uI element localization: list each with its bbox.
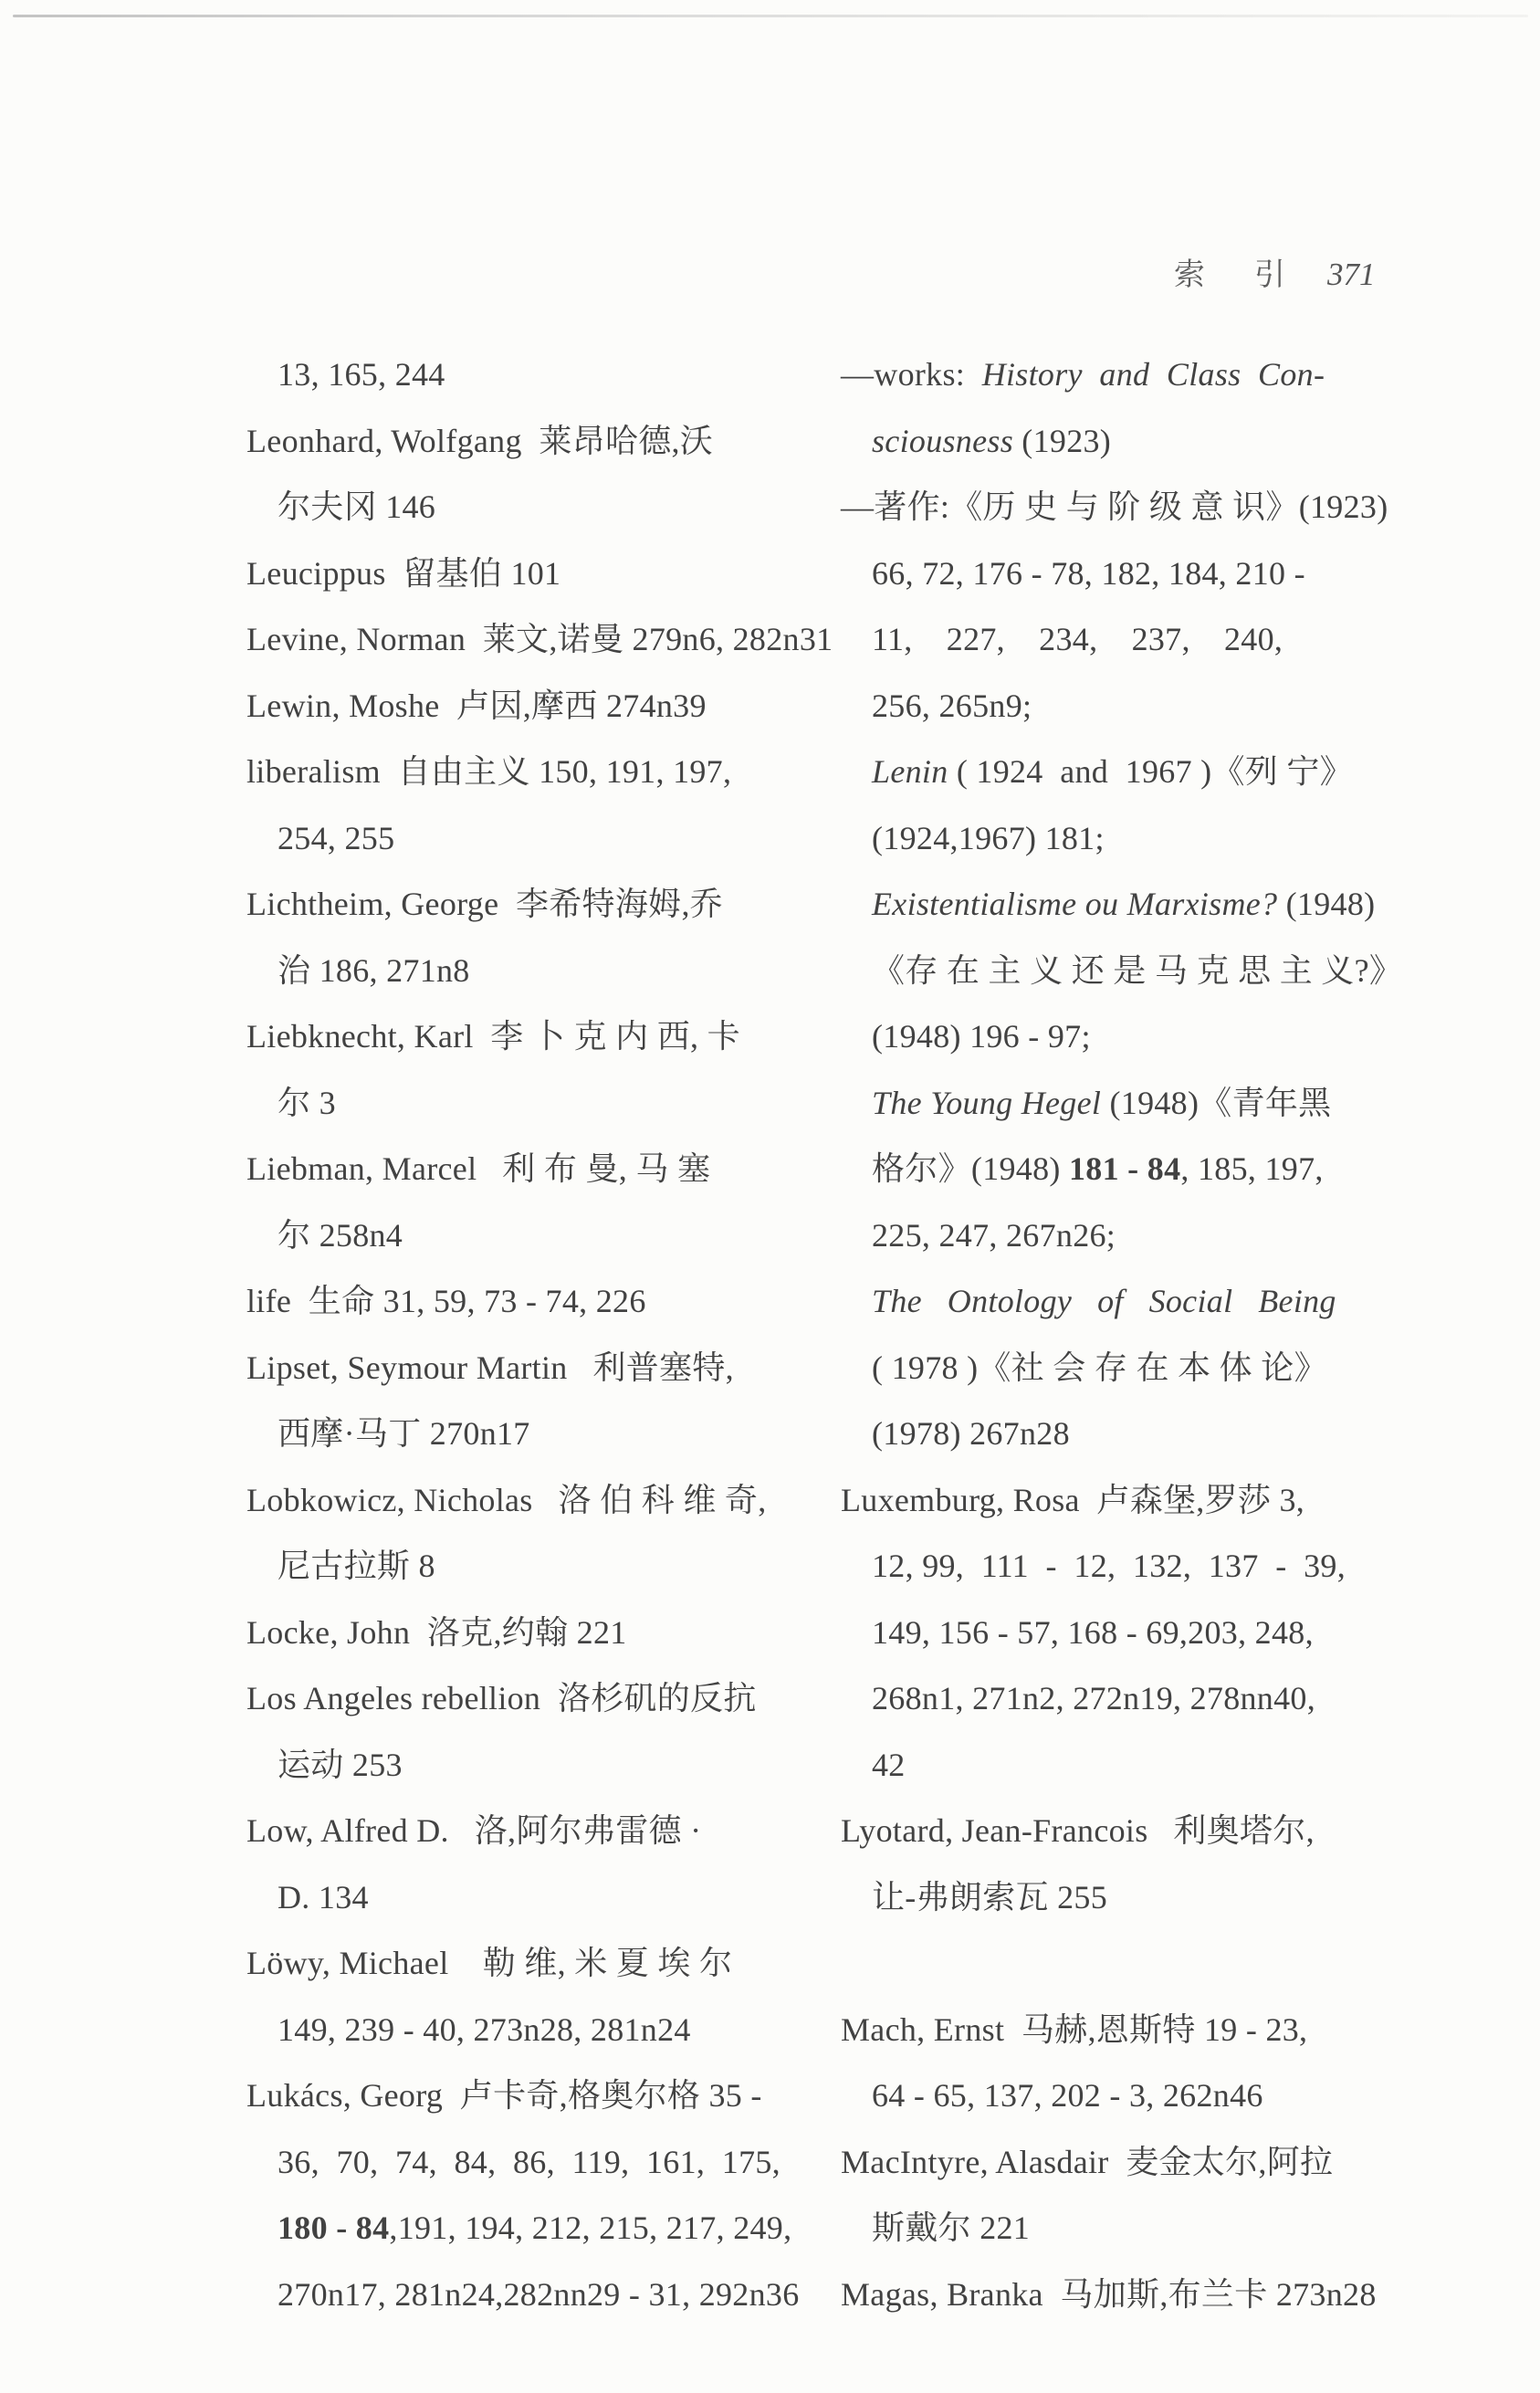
text-segment: 格尔》(1948) (872, 1150, 1069, 1187)
text-segment: Liebknecht, Karl 李 卜 克 内 西, 卡 (246, 1018, 740, 1055)
text-segment: The Ontology of Social Being (872, 1283, 1336, 1319)
index-line: Mach, Ernst 马赫,恩斯特 19 - 23, (841, 1997, 1443, 2063)
text-segment: Low, Alfred D. 洛,阿尔弗雷德 · (246, 1812, 701, 1849)
index-line: 268n1, 271n2, 272n19, 278nn40, (841, 1665, 1443, 1732)
text-segment: Lipset, Seymour Martin 利普塞特, (246, 1349, 734, 1386)
text-segment: 66, 72, 176 - 78, 182, 184, 210 - (872, 555, 1305, 592)
text-segment: 尼古拉斯 8 (278, 1548, 435, 1584)
text-segment: The Young Hegel (872, 1085, 1101, 1121)
index-column-left: 13, 165, 244Leonhard, Wolfgang 莱昂哈德,沃尔夫冈… (246, 341, 835, 2327)
text-segment: Löwy, Michael 勒 维, 米 夏 埃 尔 (246, 1945, 732, 1981)
index-line: Locke, John 洛克,约翰 221 (246, 1600, 835, 1666)
text-segment: Leucippus 留基伯 101 (246, 555, 560, 592)
index-line: 尼古拉斯 8 (246, 1533, 835, 1600)
index-column-right: —works: History and Class Con-sciousness… (841, 341, 1443, 2327)
page-header: 索引371 (1143, 206, 1376, 344)
index-line: 11, 227, 234, 237, 240, (841, 606, 1443, 673)
text-segment: Lenin (872, 753, 948, 790)
index-line: Leonhard, Wolfgang 莱昂哈德,沃 (246, 408, 835, 475)
text-segment: —著作:《历 史 与 阶 级 意 识》(1923) (841, 488, 1388, 525)
book-page: 索引371 13, 165, 244Leonhard, Wolfgang 莱昂哈… (0, 0, 1540, 2393)
page-number: 371 (1327, 257, 1376, 292)
index-line: 254, 255 (246, 805, 835, 872)
index-line: 256, 265n9; (841, 673, 1443, 740)
index-line: —works: History and Class Con- (841, 341, 1443, 408)
text-segment: Magas, Branka 马加斯,布兰卡 273n28 (841, 2276, 1377, 2313)
text-segment: Locke, John 洛克,约翰 221 (246, 1614, 627, 1651)
text-segment: 149, 239 - 40, 273n28, 281n24 (278, 2011, 691, 2048)
text-segment: 181 - 84 (1069, 1150, 1180, 1187)
text-segment: Lichtheim, George 李希特海姆,乔 (246, 886, 723, 922)
index-line: 西摩·马丁 270n17 (246, 1401, 835, 1467)
index-line: 36, 70, 74, 84, 86, 119, 161, 175, (246, 2129, 835, 2196)
text-segment: 斯戴尔 221 (872, 2209, 1030, 2246)
text-segment: 270n17, 281n24,282nn29 - 31, 292n36 (278, 2276, 800, 2313)
text-segment: (1948)《青年黑 (1101, 1085, 1331, 1121)
index-line: (1924,1967) 181; (841, 805, 1443, 872)
text-segment: Lewin, Moshe 卢因,摩西 274n39 (246, 687, 707, 724)
index-line: liberalism 自由主义 150, 191, 197, (246, 739, 835, 805)
index-line: Lyotard, Jean-Francois 利奥塔尔, (841, 1798, 1443, 1864)
section-title-char: 索 (1174, 258, 1205, 292)
index-line: 180 - 84,191, 194, 212, 215, 217, 249, (246, 2195, 835, 2262)
index-line: 225, 247, 267n26; (841, 1202, 1443, 1269)
index-line: Magas, Branka 马加斯,布兰卡 273n28 (841, 2262, 1443, 2328)
index-line: —著作:《历 史 与 阶 级 意 识》(1923) (841, 474, 1443, 541)
index-line: Lipset, Seymour Martin 利普塞特, (246, 1335, 835, 1401)
text-segment: 让-弗朗索瓦 255 (872, 1879, 1107, 1915)
index-line: D. 134 (246, 1864, 835, 1931)
index-line: Levine, Norman 莱文,诺曼 279n6, 282n31 (246, 606, 835, 673)
text-segment: 尔夫冈 146 (278, 488, 435, 525)
index-line: 治 186, 271n8 (246, 938, 835, 1004)
index-line: 149, 156 - 57, 168 - 69,203, 248, (841, 1600, 1443, 1666)
text-segment: 运动 253 (278, 1747, 403, 1783)
index-line: 149, 239 - 40, 273n28, 281n24 (246, 1997, 835, 2063)
index-line (841, 1930, 1443, 1997)
text-segment: 149, 156 - 57, 168 - 69,203, 248, (872, 1614, 1314, 1651)
text-segment: liberalism 自由主义 150, 191, 197, (246, 753, 731, 790)
text-segment: Lyotard, Jean-Francois 利奥塔尔, (841, 1812, 1315, 1849)
text-segment: History and Class Con- (982, 356, 1325, 393)
index-line: 格尔》(1948) 181 - 84, 185, 197, (841, 1136, 1443, 1202)
index-line: life 生命 31, 59, 73 - 74, 226 (246, 1268, 835, 1335)
text-segment: 254, 255 (278, 820, 394, 856)
index-line: Liebman, Marcel 利 布 曼, 马 塞 (246, 1136, 835, 1202)
index-line: 13, 165, 244 (246, 341, 835, 408)
index-line: 64 - 65, 137, 202 - 3, 262n46 (841, 2062, 1443, 2129)
index-line: Lewin, Moshe 卢因,摩西 274n39 (246, 673, 835, 740)
text-segment: Liebman, Marcel 利 布 曼, 马 塞 (246, 1150, 710, 1187)
text-segment: Existentialisme ou Marxisme? (872, 886, 1277, 922)
index-line: 12, 99, 111 - 12, 132, 137 - 39, (841, 1533, 1443, 1600)
index-line: Existentialisme ou Marxisme? (1948) (841, 871, 1443, 938)
index-line: 尔 258n4 (246, 1202, 835, 1269)
text-segment: 256, 265n9; (872, 687, 1032, 724)
text-segment: 268n1, 271n2, 272n19, 278nn40, (872, 1680, 1315, 1716)
text-segment: 尔 3 (278, 1085, 336, 1121)
index-line: Leucippus 留基伯 101 (246, 541, 835, 607)
index-line: 尔夫冈 146 (246, 474, 835, 541)
index-line: (1978) 267n28 (841, 1401, 1443, 1467)
text-segment: Mach, Ernst 马赫,恩斯特 19 - 23, (841, 2011, 1307, 2048)
text-segment: life 生命 31, 59, 73 - 74, 226 (246, 1283, 646, 1319)
text-segment: 《存 在 主 义 还 是 马 克 思 主 义?》 (872, 952, 1402, 989)
text-segment: Los Angeles rebellion 洛杉矶的反抗 (246, 1680, 757, 1716)
text-segment: Luxemburg, Rosa 卢森堡,罗莎 3, (841, 1482, 1304, 1518)
index-line: sciousness (1923) (841, 408, 1443, 475)
text-segment: D. 134 (278, 1879, 369, 1915)
text-segment: 36, 70, 74, 84, 86, 119, 161, 175, (278, 2144, 780, 2180)
index-line: 尔 3 (246, 1070, 835, 1137)
text-segment: (1948) (1277, 886, 1375, 922)
index-line: Lukács, Georg 卢卡奇,格奥尔格 35 - (246, 2062, 835, 2129)
text-segment: 治 186, 271n8 (278, 952, 470, 989)
index-line: Los Angeles rebellion 洛杉矶的反抗 (246, 1665, 835, 1732)
text-segment: , 185, 197, (1180, 1150, 1323, 1187)
text-segment: ( 1924 and 1967 )《列 宁》 (948, 753, 1353, 790)
scan-edge-line (13, 15, 1528, 17)
text-segment: 225, 247, 267n26; (872, 1217, 1116, 1254)
index-line: ( 1978 )《社 会 存 在 本 体 论》 (841, 1335, 1443, 1401)
text-segment: Leonhard, Wolfgang 莱昂哈德,沃 (246, 423, 713, 459)
index-line: Liebknecht, Karl 李 卜 克 内 西, 卡 (246, 1003, 835, 1070)
text-segment: Lobkowicz, Nicholas 洛 伯 科 维 奇, (246, 1482, 767, 1518)
text-segment: 42 (872, 1747, 906, 1783)
index-line: Low, Alfred D. 洛,阿尔弗雷德 · (246, 1798, 835, 1864)
text-segment: 64 - 65, 137, 202 - 3, 262n46 (872, 2077, 1263, 2114)
text-segment: (1978) 267n28 (872, 1415, 1070, 1452)
index-line: 42 (841, 1732, 1443, 1799)
index-line: Lenin ( 1924 and 1967 )《列 宁》 (841, 739, 1443, 805)
index-line: MacIntyre, Alasdair 麦金太尔,阿拉 (841, 2129, 1443, 2196)
text-segment: (1924,1967) 181; (872, 820, 1105, 856)
text-segment: Levine, Norman 莱文,诺曼 279n6, 282n31 (246, 621, 833, 657)
index-line: (1948) 196 - 97; (841, 1003, 1443, 1070)
text-segment: ,191, 194, 212, 215, 217, 249, (389, 2209, 791, 2246)
text-segment: (1948) 196 - 97; (872, 1018, 1091, 1055)
index-line: The Young Hegel (1948)《青年黑 (841, 1070, 1443, 1137)
text-segment: —works: (841, 356, 982, 393)
index-line: 斯戴尔 221 (841, 2195, 1443, 2262)
index-line: Lichtheim, George 李希特海姆,乔 (246, 871, 835, 938)
text-segment: ( 1978 )《社 会 存 在 本 体 论》 (872, 1349, 1327, 1386)
text-segment: MacIntyre, Alasdair 麦金太尔,阿拉 (841, 2144, 1333, 2180)
text-segment: 尔 258n4 (278, 1217, 403, 1254)
index-line: 运动 253 (246, 1732, 835, 1799)
text-segment: Lukács, Georg 卢卡奇,格奥尔格 35 - (246, 2077, 762, 2114)
text-segment: 12, 99, 111 - 12, 132, 137 - 39, (872, 1548, 1346, 1584)
text-segment: (1923) (1013, 423, 1111, 459)
text-segment: sciousness (872, 423, 1013, 459)
text-segment: 13, 165, 244 (278, 356, 445, 393)
index-line: Löwy, Michael 勒 维, 米 夏 埃 尔 (246, 1930, 835, 1997)
text-segment: 180 - 84 (278, 2209, 389, 2246)
section-title-char: 引 (1254, 258, 1285, 292)
text-segment: 西摩·马丁 270n17 (278, 1415, 530, 1452)
index-line: The Ontology of Social Being (841, 1268, 1443, 1335)
index-line: Lobkowicz, Nicholas 洛 伯 科 维 奇, (246, 1467, 835, 1534)
index-line: 《存 在 主 义 还 是 马 克 思 主 义?》 (841, 938, 1443, 1004)
index-line: 270n17, 281n24,282nn29 - 31, 292n36 (246, 2262, 835, 2328)
index-line: Luxemburg, Rosa 卢森堡,罗莎 3, (841, 1467, 1443, 1534)
index-line: 让-弗朗索瓦 255 (841, 1864, 1443, 1931)
index-line: 66, 72, 176 - 78, 182, 184, 210 - (841, 541, 1443, 607)
text-segment: 11, 227, 234, 237, 240, (872, 621, 1283, 657)
